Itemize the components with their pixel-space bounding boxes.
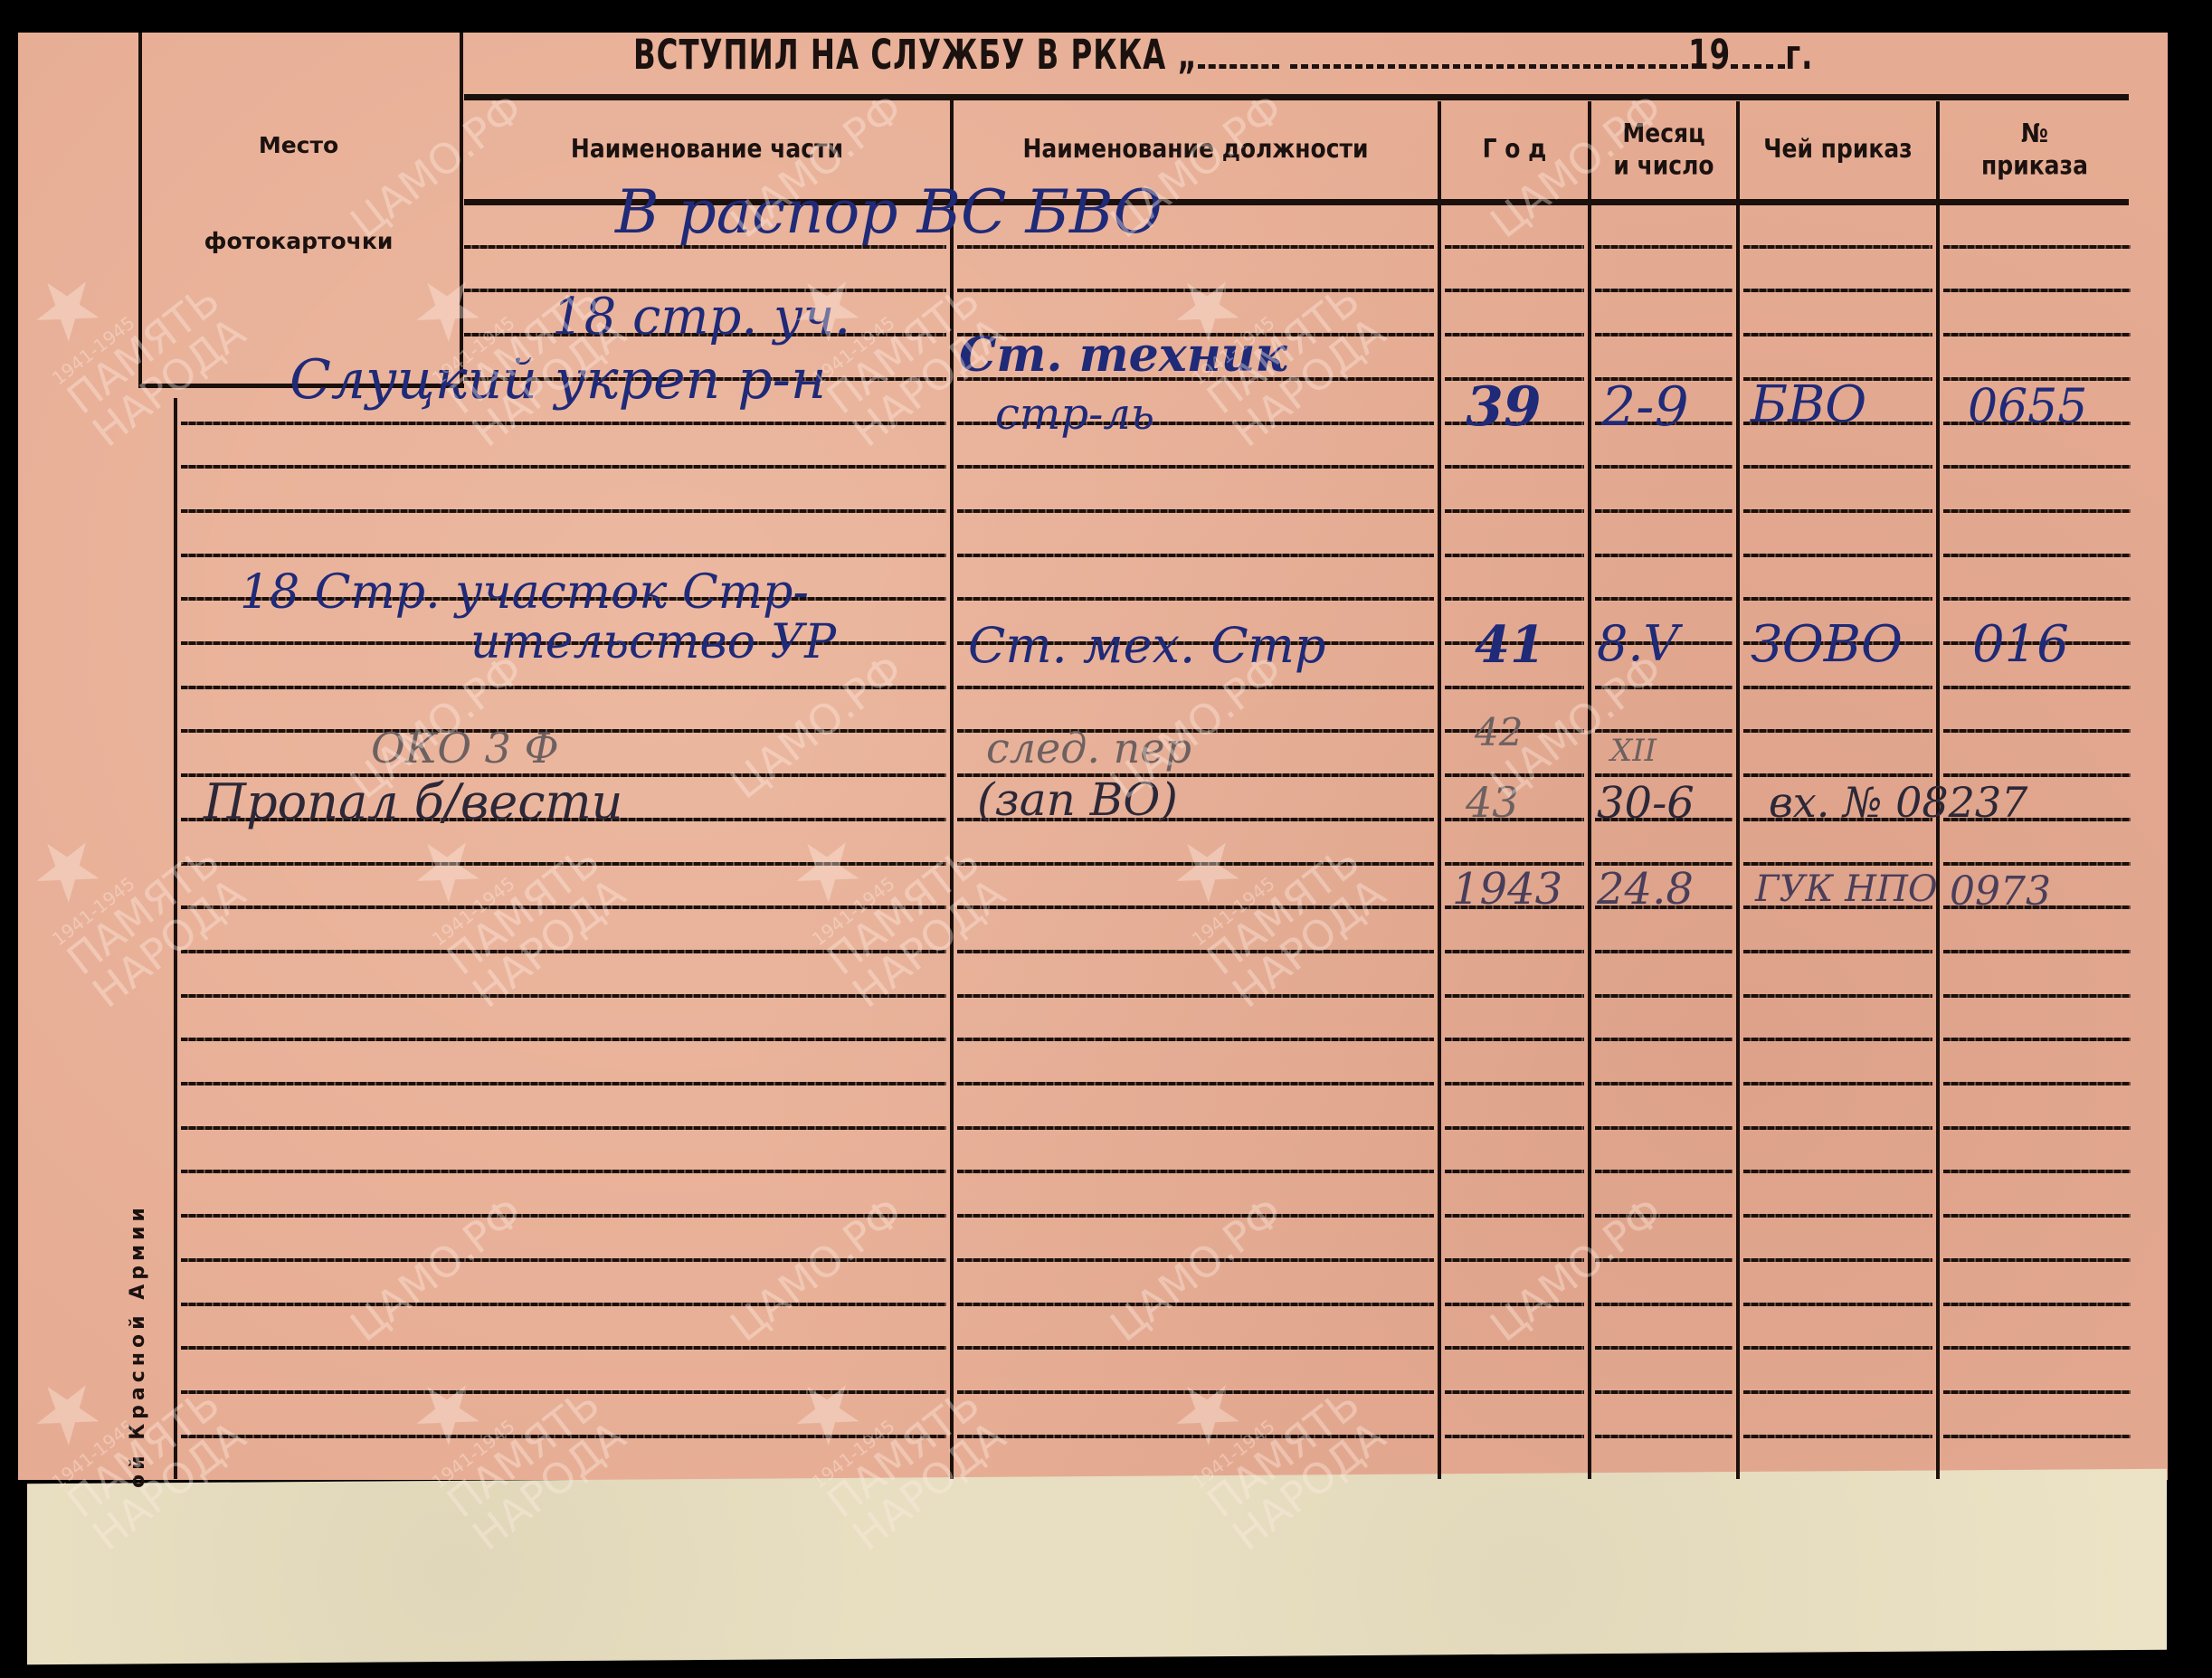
ruled-line [1595,1082,1733,1085]
entry-2-order-no: 016 [1972,615,2069,674]
ruled-line [1595,245,1733,249]
ruled-line [1743,333,1932,337]
ruled-line [1743,686,1932,689]
ruled-line [1943,465,2131,469]
ruled-line [1743,597,1932,601]
ruled-line [957,1082,1434,1085]
ruled-line [181,1082,946,1085]
entry-1-position-line2: стр-ль [995,389,1154,440]
ruled-line [181,422,946,425]
ruled-line [1445,465,1584,469]
ruled-line [1943,1258,2131,1262]
paper-backing-strip [27,1469,2167,1665]
entry-5-order-no: 0973 [1950,868,2051,915]
entry-3-month-day: XII [1610,733,1657,769]
ruled-line [1445,1214,1584,1218]
entry-2-order-by: ЗОВО [1751,615,1903,674]
ruled-line [957,1038,1434,1041]
year-blank [1731,40,1785,70]
col-divider-4 [1736,101,1740,1479]
entry-1-order-no: 0655 [1968,380,2087,434]
ruled-line [181,1346,946,1350]
ruled-line [1595,1390,1733,1394]
ruled-line [181,1303,946,1306]
ruled-line [1595,597,1733,601]
ruled-line [1743,1170,1932,1173]
entry-1-order-by: БВО [1751,375,1866,434]
ruled-line [1445,289,1584,292]
ruled-line [957,994,1434,998]
ruled-line [1743,245,1932,249]
ruled-line [1595,1126,1733,1130]
ruled-line [957,1303,1434,1306]
ruled-line [1445,950,1584,953]
entry-5-month-day: 24.8 [1597,864,1694,915]
ruled-line [1943,686,2131,689]
entry-4-month-day: 30-6 [1597,778,1695,829]
ruled-line [957,950,1434,953]
ruled-line [181,554,946,557]
ruled-line [1595,289,1733,292]
ruled-line [1595,554,1733,557]
ruled-line [957,465,1434,469]
ruled-line [1445,686,1584,689]
ruled-line [1743,465,1932,469]
ruled-line [1595,950,1733,953]
col-header-order-no: № приказа [1940,94,2130,204]
ruled-line [957,554,1434,557]
ruled-line [1943,1214,2131,1218]
form-title-text: ВСТУПИЛ НА СЛУЖБУ В РККА [633,33,1166,79]
ruled-line [957,1346,1434,1350]
ruled-line [1743,862,1932,866]
ruled-line [1943,509,2131,513]
ruled-line [957,509,1434,513]
ruled-line [1743,773,1932,777]
ruled-line [1943,1346,2131,1350]
ruled-line [1943,1082,2131,1085]
ruled-line [1445,1038,1584,1041]
ruled-line [1943,597,2131,601]
ruled-line [1943,1038,2131,1041]
day-blank [1198,40,1279,70]
year-prefix: 19 [1688,33,1731,79]
entry-2-unit: 18 Стр. участок Стр- [240,565,809,620]
ruled-line [1943,289,2131,292]
ruled-line [181,1126,946,1130]
ruled-line [1445,597,1584,601]
ruled-line [1943,862,2131,866]
col-header-no-sign: № [2021,117,2048,149]
ruled-line [1943,994,2131,998]
ruled-line [1743,1126,1932,1130]
title-quote: „ [1178,33,1198,79]
ruled-line [1943,950,2131,953]
ruled-line [1445,1082,1584,1085]
entry-1-year: 39 [1466,375,1542,439]
ruled-line [1595,994,1733,998]
ruled-line [1943,1126,2131,1130]
ruled-line [1743,1258,1932,1262]
ruled-line [1743,1082,1932,1085]
ruled-line [1743,994,1932,998]
ruled-line [1943,1435,2131,1438]
entry-5-year: 1943 [1452,864,1562,915]
ruled-line [957,1214,1434,1218]
ruled-line [1943,245,2131,249]
ruled-line [1445,245,1584,249]
ruled-line [1743,289,1932,292]
ruled-line [1595,333,1733,337]
ruled-line [1743,554,1932,557]
ruled-line [1943,1170,2131,1173]
ruled-line [1743,1435,1932,1438]
ruled-line [1445,994,1584,998]
ruled-line [1743,1390,1932,1394]
year-suffix: г. [1785,33,1813,79]
ruled-line [1595,1038,1733,1041]
ruled-line [957,686,1434,689]
ruled-line [957,597,1434,601]
ruled-line [181,465,946,469]
ruled-line [1743,729,1932,733]
photo-label-place: Место [208,132,389,158]
ruled-line [1595,465,1733,469]
form-title: ВСТУПИЛ НА СЛУЖБУ В РККА „ 19г. [633,33,1813,79]
ruled-line [1445,1435,1584,1438]
ruled-line [1743,950,1932,953]
ruled-line [181,1038,946,1041]
entry-2-year: 41 [1475,615,1545,675]
ruled-line [1743,1038,1932,1041]
ruled-line [1445,1126,1584,1130]
ruled-line [181,994,946,998]
ruled-line [957,1126,1434,1130]
ruled-line [957,1170,1434,1173]
ruled-line [1595,1435,1733,1438]
col-divider-2 [1438,101,1441,1479]
ruled-line [1943,554,2131,557]
ruled-line [1943,1390,2131,1394]
ruled-line [1445,1390,1584,1394]
ruled-line [1743,1346,1932,1350]
entry-5-order-by: ГУК НПО [1755,868,1938,910]
ruled-line [181,1170,946,1173]
ruled-line [1743,1214,1932,1218]
ruled-line [1943,729,2131,733]
ruled-line [181,1214,946,1218]
entry-4-order-by: вх. № 08237 [1769,778,2027,827]
ruled-line [1445,554,1584,557]
entry-2-unit-line2: ительство УР [470,615,836,669]
ruled-line [1743,509,1932,513]
entry-1-month-day: 2-9 [1601,375,1689,439]
month-blank [1290,40,1688,70]
ruled-line [1743,1303,1932,1306]
ruled-line [181,509,946,513]
ruled-line [1445,333,1584,337]
ruled-line [1943,773,2131,777]
ruled-line [1595,1303,1733,1306]
ruled-line [1445,1170,1584,1173]
ruled-line [1595,509,1733,513]
col-header-order: приказа [1981,149,2088,182]
ruled-line [1943,1303,2131,1306]
ruled-line [1595,1170,1733,1173]
ruled-line [1595,773,1733,777]
ruled-line [1943,333,2131,337]
ruled-line [1595,1346,1733,1350]
ruled-line [1445,509,1584,513]
col-header-order-by: Чей приказ [1740,94,1936,204]
